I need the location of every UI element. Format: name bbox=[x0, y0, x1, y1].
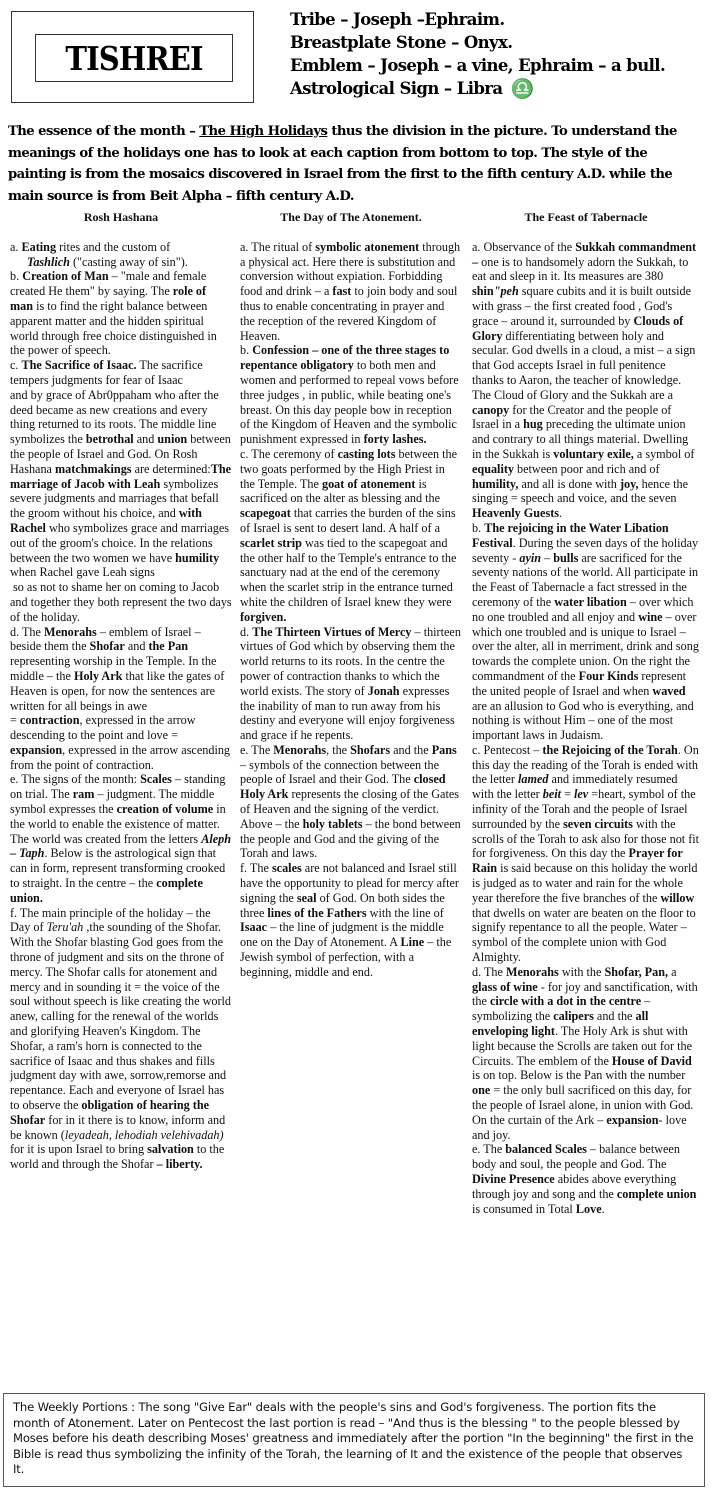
weekly-portions-box: The Weekly Portions : The song "Give Ear… bbox=[3, 1393, 705, 1487]
essence-prefix: The essence of the month – bbox=[8, 124, 199, 139]
column-sections: a. Observance of the Sukkah commandment … bbox=[472, 240, 700, 1217]
month-title-inner-frame: TISHREI bbox=[35, 34, 233, 82]
breastplate-stone-line: Breastplate Stone – Onyx. bbox=[290, 31, 665, 54]
section-item: c. The ceremony of casting lots between … bbox=[240, 447, 462, 625]
month-title: TISHREI bbox=[65, 39, 202, 78]
column-day-of-atonement: The Day of The Atonement. a. The ritual … bbox=[240, 210, 462, 980]
section-item: a. The ritual of symbolic atonement thro… bbox=[240, 240, 462, 344]
section-item: c. The Sacrifice of Isaac. The sacrifice… bbox=[10, 358, 232, 624]
section-item: e. The balanced Scales – balance between… bbox=[472, 1142, 700, 1216]
section-item: a. Observance of the Sukkah commandment … bbox=[472, 240, 700, 521]
section-item: d. The Menorahs with the Shofar, Pan, a … bbox=[472, 965, 700, 1143]
essence-highlight: The High Holidays bbox=[199, 124, 327, 139]
section-item: f. The main principle of the holiday – t… bbox=[10, 906, 232, 1172]
essence-paragraph: The essence of the month – The High Holi… bbox=[8, 121, 708, 207]
section-item: d. The Menorahs – emblem of Israel – bes… bbox=[10, 625, 232, 773]
section-item: b. Creation of Man – "male and female cr… bbox=[10, 269, 232, 358]
column-title: Rosh Hashana bbox=[10, 210, 232, 225]
section-item: f. The scales are not balanced and Israe… bbox=[240, 861, 462, 979]
section-item: a. Eating rites and the custom ofTashlic… bbox=[10, 240, 232, 270]
section-item: b. Confession – one of the three stages … bbox=[240, 343, 462, 447]
astrological-sign-text: Astrological Sign – Libra bbox=[290, 79, 503, 98]
section-item: e. The signs of the month: Scales – stan… bbox=[10, 772, 232, 905]
section-item: e. The Menorahs, the Shofars and the Pan… bbox=[240, 743, 462, 861]
column-sections: a. The ritual of symbolic atonement thro… bbox=[240, 240, 462, 980]
emblem-line: Emblem – Joseph – a vine, Ephraim – a bu… bbox=[290, 54, 665, 77]
astrological-sign-line: Astrological Sign – Libra♎ bbox=[290, 77, 665, 101]
column-sections: a. Eating rites and the custom ofTashlic… bbox=[10, 240, 232, 1172]
column-title: The Feast of Tabernacle bbox=[472, 210, 700, 225]
column-rosh-hashana: Rosh Hashana a. Eating rites and the cus… bbox=[10, 210, 232, 1172]
column-feast-of-tabernacle: The Feast of Tabernacle a. Observance of… bbox=[472, 210, 700, 1216]
section-item: b. The rejoicing in the Water Libation F… bbox=[472, 521, 700, 743]
section-item: c. Pentecost – the Rejoicing of the Tora… bbox=[472, 743, 700, 965]
weekly-portions-text: The Weekly Portions : The song "Give Ear… bbox=[13, 1400, 693, 1476]
libra-icon: ♎ bbox=[511, 78, 534, 101]
tribe-line: Tribe – Joseph –Ephraim. bbox=[290, 8, 665, 31]
section-item: d. The Thirteen Virtues of Mercy – thirt… bbox=[240, 625, 462, 743]
column-title: The Day of The Atonement. bbox=[240, 210, 462, 225]
month-attributes: Tribe – Joseph –Ephraim. Breastplate Sto… bbox=[290, 8, 665, 101]
